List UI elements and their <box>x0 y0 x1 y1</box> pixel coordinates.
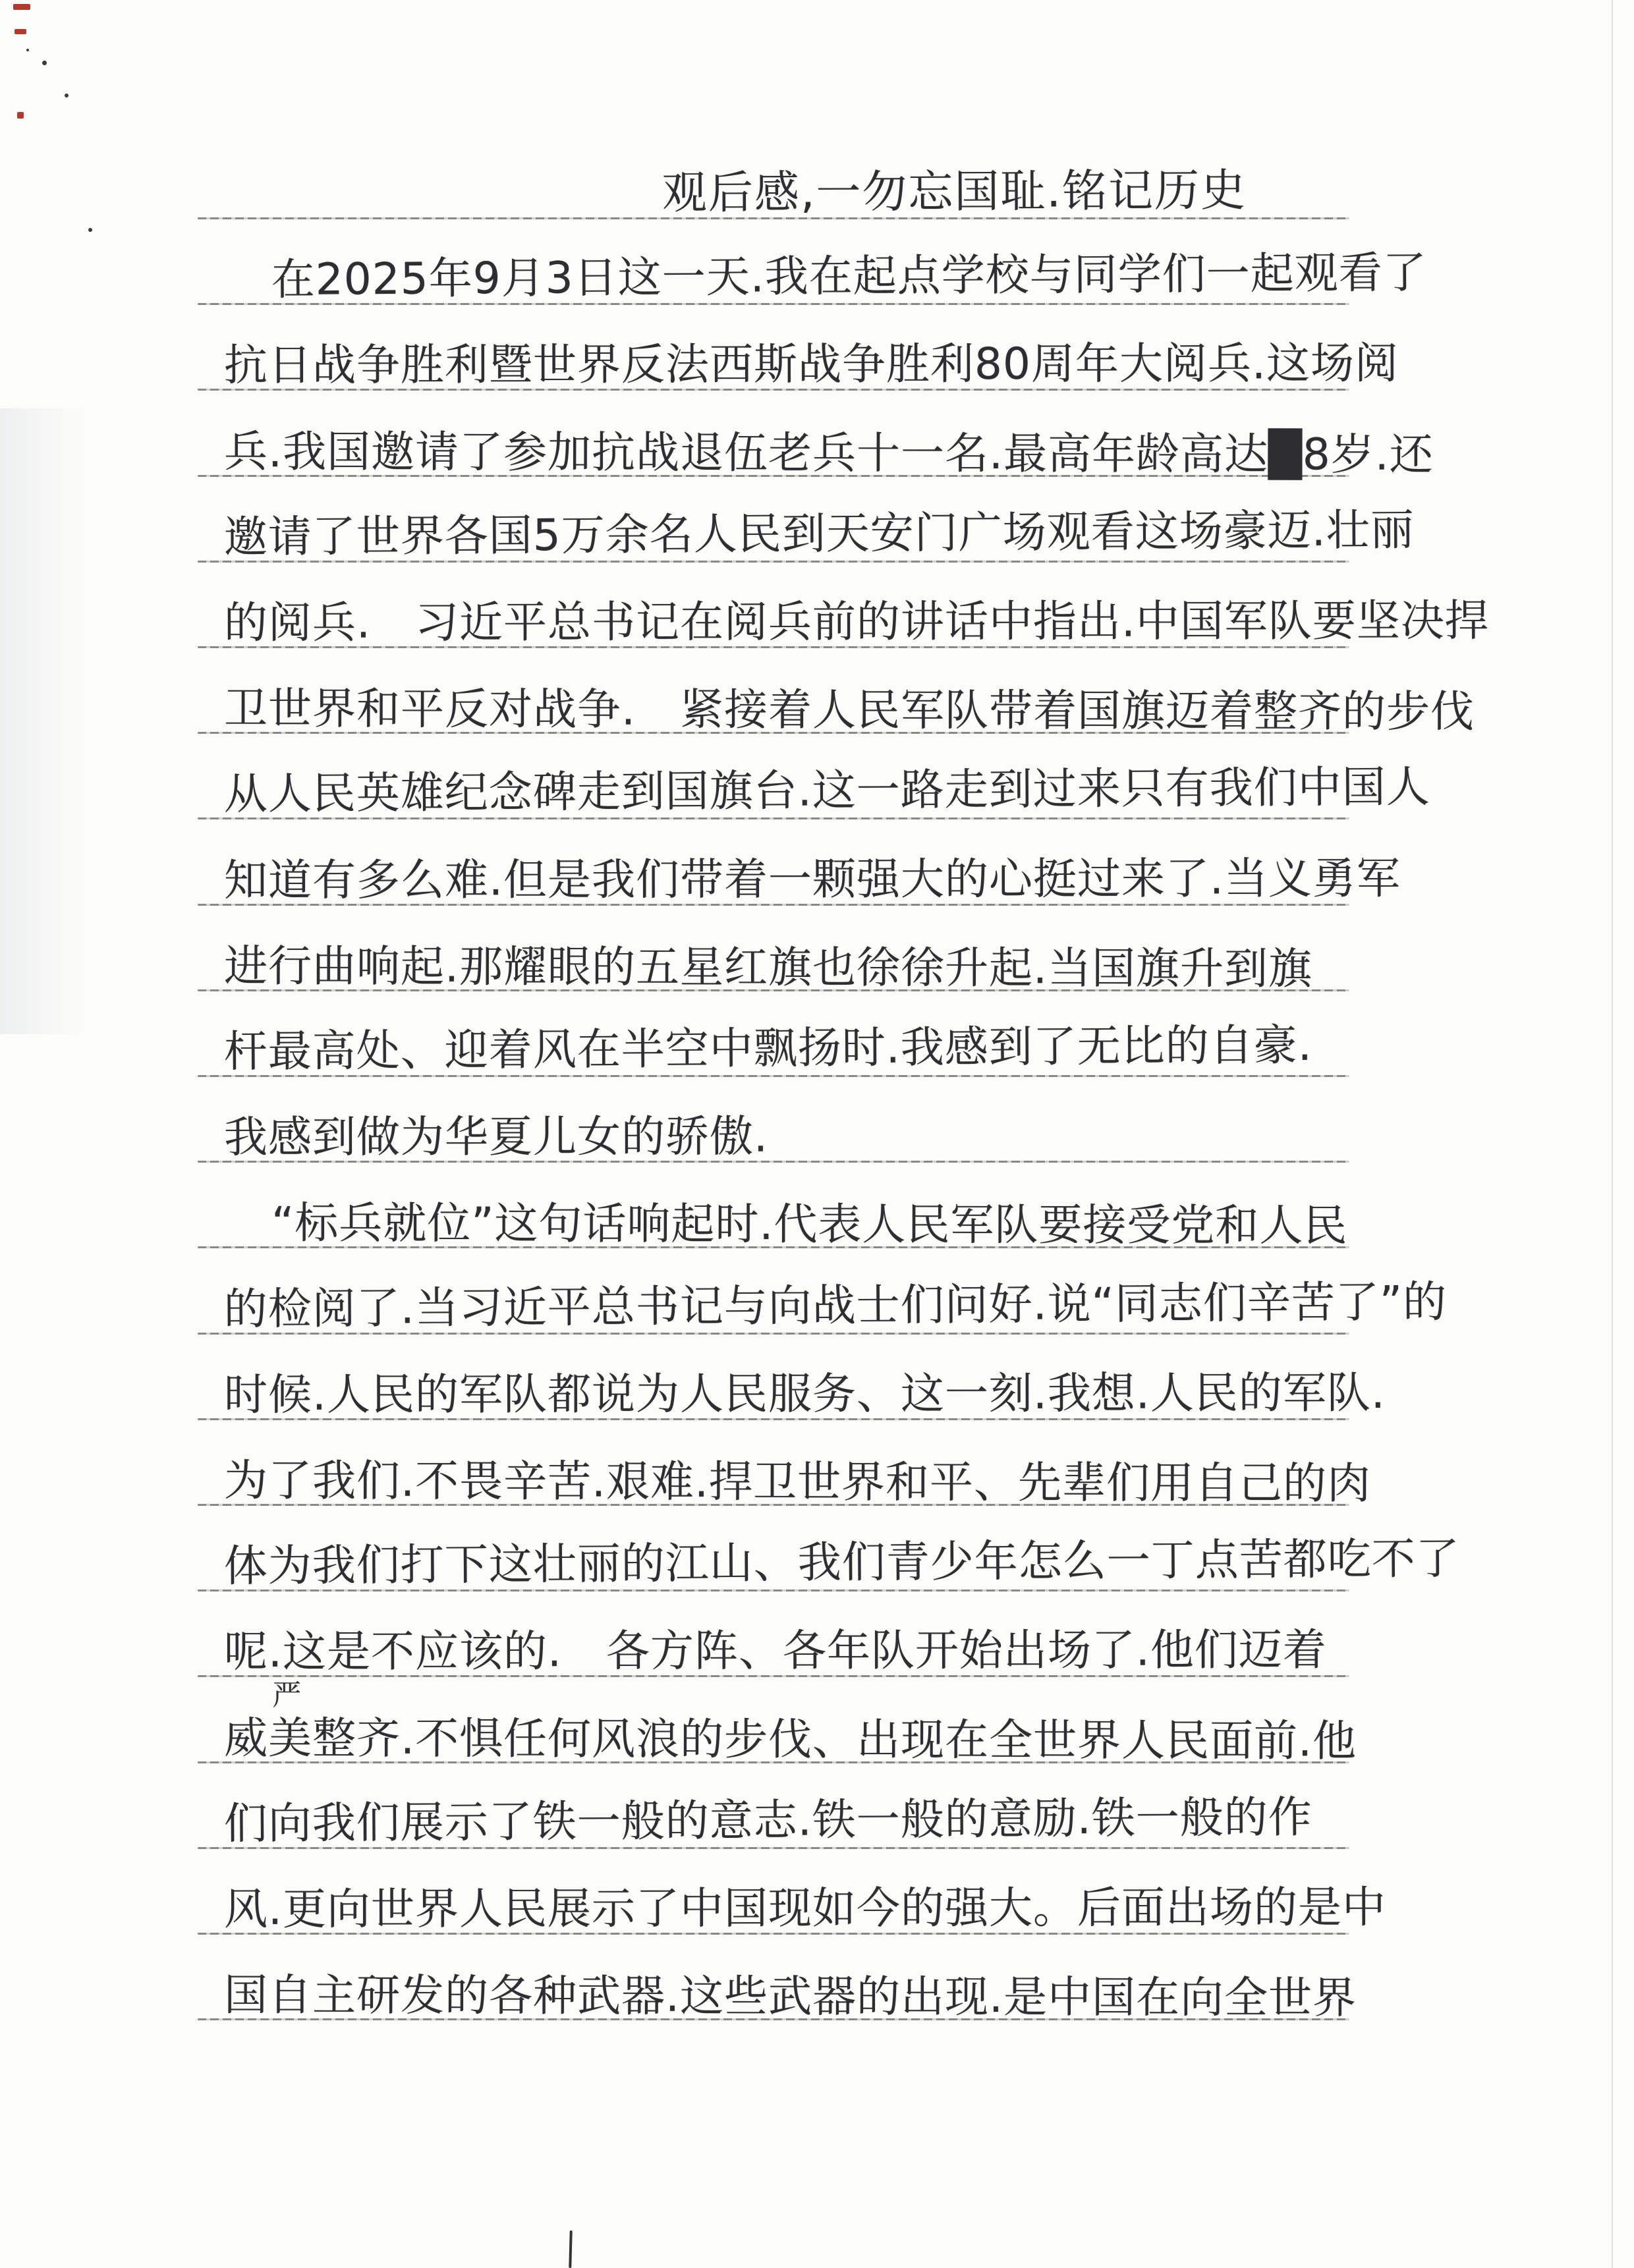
scanned-handwritten-essay-page: 观后感,一勿忘国耻.铭记历史 在2025年9月3日这一天.我在起点学校与同学们一… <box>0 0 1634 2268</box>
scan-speck <box>65 94 69 97</box>
line-text: 兵.我国邀请了参加抗战退伍老兵十一名.最高年龄高达█8岁.还 <box>224 430 1434 477</box>
page-edge-shadow <box>1612 0 1613 2268</box>
handwritten-line-15: 为了我们.不畏辛苦.艰难.捍卫世界和平、先辈们用自己的肉 <box>0 1419 1634 1506</box>
line-text: 风.更向世界人民展示了中国现如今的强大。后面出场的是中 <box>224 1886 1386 1931</box>
line-text: 在2025年9月3日这一天.我在起点学校与同学们一起观看了 <box>271 251 1427 302</box>
line-text: 的阅兵. 习近平总书记在阅兵前的讲话中指出.中国军队要坚决捍 <box>224 599 1489 645</box>
bottom-pen-mark <box>569 2230 572 2268</box>
inserted-character-above-line: 严 <box>272 1681 301 1710</box>
red-edge-mark <box>17 112 24 119</box>
line-text: 从人民英雄纪念碑走到国旗台.这一路走到过来只有我们中国人 <box>224 765 1430 816</box>
scan-speck <box>42 61 47 65</box>
scan-speck <box>88 228 92 232</box>
handwritten-line-1: 在2025年9月3日这一天.我在起点学校与同学们一起观看了 <box>0 218 1634 305</box>
handwritten-line-17: 呢.这是不应该的. 各方阵、各年队开始出场了.他们迈着 <box>0 1590 1634 1677</box>
line-text: 们向我们展示了铁一般的意志.铁一般的意励.铁一般的作 <box>224 1796 1312 1846</box>
handwritten-line-8: 知道有多么难.但是我们带着一颗强大的心挺过来了.当义勇军 <box>0 819 1634 906</box>
line-text-after-correction: 整齐.不惧任何风浪的步伐、出现在全世界人民面前.他 <box>312 1713 1357 1766</box>
line-text: 知道有多么难.但是我们带着一颗强大的心挺过来了.当义勇军 <box>224 856 1401 902</box>
handwritten-line-3: 兵.我国邀请了参加抗战退伍老兵十一名.最高年龄高达█8岁.还 <box>0 390 1634 477</box>
line-text: 体为我们打下这壮丽的江山、我们青少年怎么一丁点苦都吃不了 <box>224 1537 1460 1588</box>
handwritten-line-18: 威美严整齐.不惧任何风浪的步伐、出现在全世界人民面前.他 <box>0 1676 1634 1763</box>
handwritten-line-16: 体为我们打下这壮丽的江山、我们青少年怎么一丁点苦都吃不了 <box>0 1505 1634 1591</box>
handwritten-line-20: 风.更向世界人民展示了中国现如今的强大。后面出场的是中 <box>0 1848 1634 1935</box>
line-text: 国自主研发的各种武器.这些武器的出现.是中国在向全世界 <box>224 1974 1357 2020</box>
line-text: “标兵就位”这句话响起时.代表人民军队要接受党和人民 <box>271 1202 1348 1248</box>
line-text: 为了我们.不畏辛苦.艰难.捍卫世界和平、先辈们用自己的肉 <box>224 1459 1371 1506</box>
handwritten-line-10: 杆最高处、迎着风在半空中飘扬时.我感到了无比的自豪. <box>0 990 1634 1077</box>
handwritten-line-7: 从人民英雄纪念碑走到国旗台.这一路走到过来只有我们中国人 <box>0 733 1634 819</box>
line-text: 抗日战争胜利暨世界反法西斯战争胜利80周年大阅兵.这场阅 <box>224 342 1399 387</box>
line-text: 威美严整齐.不惧任何风浪的步伐、出现在全世界人民面前.他 <box>224 1717 1357 1763</box>
handwritten-line-13: 的检阅了.当习近平总书记与向战士们问好.说“同志们辛苦了”的 <box>0 1248 1634 1335</box>
line-text: 杆最高处、迎着风在半空中飘扬时.我感到了无比的自豪. <box>224 1024 1312 1074</box>
line-text: 邀请了世界各国5万余名人民到天安门广场观看这场豪迈.壮丽 <box>224 509 1415 559</box>
handwritten-line-5: 的阅兵. 习近平总书记在阅兵前的讲话中指出.中国军队要坚决捍 <box>0 561 1634 648</box>
handwritten-line-6: 卫世界和平反对战争. 紧接着人民军队带着国旗迈着整齐的步伐 <box>0 647 1634 734</box>
handwritten-line-2: 抗日战争胜利暨世界反法西斯战争胜利80周年大阅兵.这场阅 <box>0 304 1634 391</box>
red-edge-mark <box>14 29 26 34</box>
handwritten-line-9: 进行曲响起.那耀眼的五星红旗也徐徐升起.当国旗升到旗 <box>0 904 1634 991</box>
line-text: 我感到做为华夏儿女的骄傲. <box>224 1115 768 1159</box>
line-text: 时候.人民的军队都说为人民服务、这一刻.我想.人民的军队. <box>224 1371 1386 1417</box>
corrected-character: 美严 <box>268 1717 312 1760</box>
line-text-before-correction: 威 <box>224 1713 268 1763</box>
handwritten-line-4: 邀请了世界各国5万余名人民到天安门广场观看这场豪迈.壮丽 <box>0 476 1634 563</box>
red-edge-mark <box>13 4 30 10</box>
handwritten-line-14: 时候.人民的军队都说为人民服务、这一刻.我想.人民的军队. <box>0 1333 1634 1420</box>
essay-title-row: 观后感,一勿忘国耻.铭记历史 <box>0 132 1634 219</box>
line-text: 呢.这是不应该的. 各方阵、各年队开始出场了.他们迈着 <box>224 1628 1327 1674</box>
handwritten-line-19: 们向我们展示了铁一般的意志.铁一般的意励.铁一般的作 <box>0 1762 1634 1849</box>
line-text: 卫世界和平反对战争. 紧接着人民军队带着国旗迈着整齐的步伐 <box>224 687 1475 734</box>
scan-speck <box>26 49 29 51</box>
essay-title: 观后感,一勿忘国耻.铭记历史 <box>662 169 1247 216</box>
line-text: 进行曲响起.那耀眼的五星红旗也徐徐升起.当国旗升到旗 <box>224 945 1312 991</box>
handwritten-line-12: “标兵就位”这句话响起时.代表人民军队要接受党和人民 <box>0 1161 1634 1248</box>
handwritten-line-11: 我感到做为华夏儿女的骄傲. <box>0 1076 1634 1163</box>
line-text: 的检阅了.当习近平总书记与向战士们问好.说“同志们辛苦了”的 <box>224 1280 1448 1331</box>
handwritten-line-21: 国自主研发的各种武器.这些武器的出现.是中国在向全世界 <box>0 1933 1634 2020</box>
